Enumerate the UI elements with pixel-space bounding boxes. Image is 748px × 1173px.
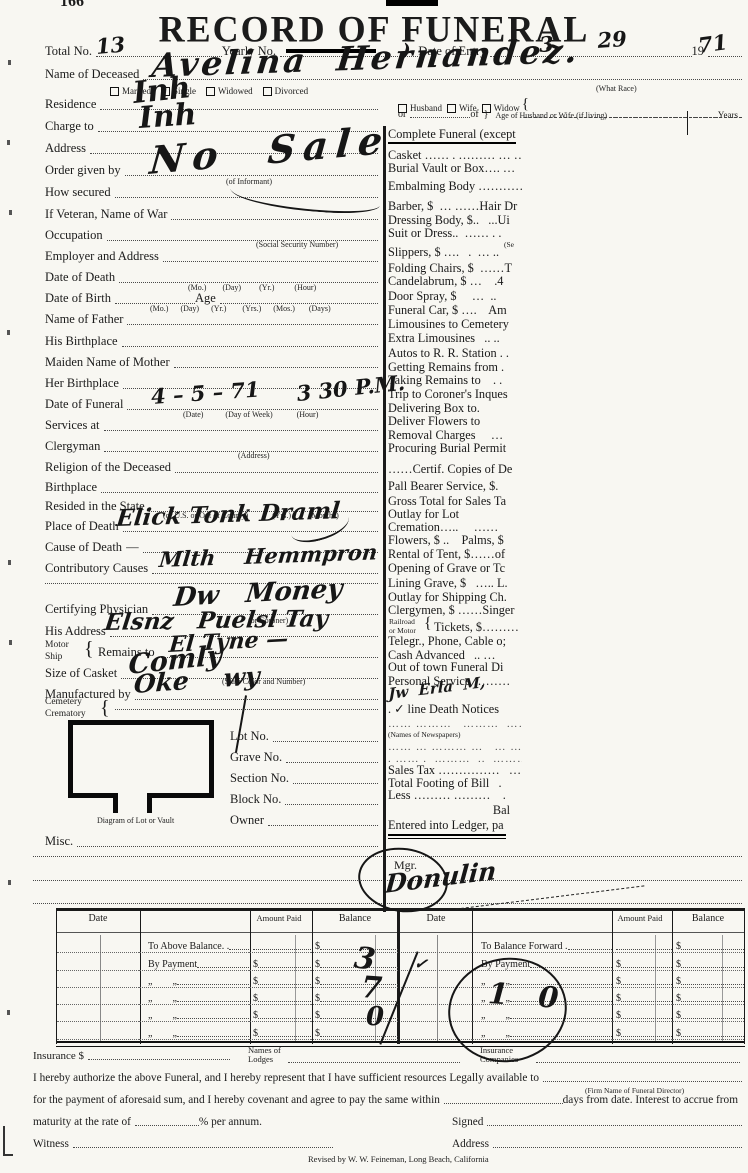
scan-artifact [7,330,10,335]
scan-artifact [9,640,12,645]
dotted-line [487,1125,742,1126]
lot-diagram-bottom-left [68,793,118,798]
ledger-amount-cell: $ [612,959,672,971]
ledger-date-header: Date [56,913,140,924]
dotted-line [101,492,378,493]
crematory-label: Crematory [45,709,86,719]
dotted-line [104,430,379,431]
ledger-row: „ „ $ $ [57,1005,398,1022]
ledger-vline [744,908,745,1044]
charge-item: Deliver Flowers to [388,415,480,428]
what-race-sublabel: (What Race) [596,84,637,93]
dotted-line [320,1018,398,1019]
dotted-line [536,1062,740,1063]
dotted-line [285,804,378,805]
dotted-line [177,1018,249,1019]
checkbox-married [110,87,119,96]
authorization-text: % per annum. [199,1116,266,1128]
dotted-line [258,1036,311,1037]
dotted-line [444,1103,563,1104]
total-no-label: Total No. [45,44,96,59]
ledger-amount-cell [612,949,672,953]
scan-artifact [8,560,11,565]
date-of-death-label: Date of Death [45,270,119,285]
his-address-label: His Address [45,624,110,639]
ledger-amount-cell: $ [249,1028,311,1040]
scan-rule [524,117,742,118]
ledger-balance-cell: $ [672,976,744,988]
ledger-row: „ „ $ $ [401,971,744,988]
clergyman-label: Clergyman [45,439,104,454]
charge-item: Embalming Body ………….. [388,180,522,193]
charge-item: ……Certif. Copies of De [388,463,512,476]
dotted-line [293,783,378,784]
charge-item: Funeral Car, $ …. Am [388,304,507,317]
cause-dash: — [126,540,143,555]
ledger-row: To Balance Forward . $ [401,936,744,953]
place-of-death-label: Place of Death [45,519,123,534]
lot-diagram-stub [113,793,118,813]
lot-no-row: Lot No. [230,729,378,744]
dotted-line [681,967,744,968]
authorization-text: maturity at the rate of [33,1116,135,1128]
dotted-line [621,1036,672,1037]
ledger-date-cell [57,1039,139,1040]
scan-artifact [8,880,11,885]
dotted-line [175,472,378,473]
dotted-line [681,984,744,985]
veteran-label: If Veteran, Name of War [45,207,171,222]
ledger-date-cell [401,970,472,971]
brace-glyph: { [100,697,110,720]
ledger-desc-cell: „ „ [139,993,249,1005]
ledger-date-cell [57,987,139,988]
scan-artifact-bracket [3,1126,5,1156]
ledger-balance-header: Balance [672,913,744,924]
scan-artifact [9,210,12,215]
ledger-amount-cell: $ [249,959,311,971]
dotted-line [543,1081,742,1082]
ledger-balance-cell: $ [672,959,744,971]
dotted-line [258,967,311,968]
lodges-label: Lodges [248,1054,273,1064]
dotted-line [681,1036,744,1037]
charge-item: Barber, $ … ……Hair Dr [388,200,517,213]
dotted-line [320,1001,398,1002]
his-birthplace-label: His Birthplace [45,334,122,349]
maiden-name-label: Maiden Name of Mother [45,355,174,370]
authorization-text: I hereby authorize the above Funeral, an… [33,1072,543,1084]
ledger-amount-cell [249,949,311,953]
birthplace-label: Birthplace [45,480,101,495]
lot-diagram-label: Diagram of Lot or Vault [97,816,174,825]
dotted-line [286,762,378,763]
dotted-line [177,1036,249,1037]
ledger-balance-cell: $ [311,993,398,1005]
ledger-balance-cell: $ [311,976,398,988]
signed-label: Signed [452,1116,487,1128]
ledger-amount-cell: $ [249,976,311,988]
order-given-by-label: Order given by [45,163,125,178]
scan-artifact [7,140,10,145]
authorization-text: for the payment of aforesaid sum, and I … [33,1094,444,1106]
clergyman-row: Clergyman [45,439,378,454]
ledger-balance-cell: $ [672,1028,744,1040]
handwritten-total-no: 13 [95,32,126,59]
insurance-label: Insurance $ [33,1050,88,1062]
how-secured-label: How secured [45,185,115,200]
ledger-date-cell [57,952,139,953]
dotted-line [127,324,378,325]
charge-item: Slippers, $ …. . … .. [388,246,499,259]
name-of-deceased-label: Name of Deceased [45,67,143,82]
revised-by-note: Revised by W. W. Feineman, Long Beach, C… [308,1154,489,1164]
railroad-label: Railroad [389,617,415,626]
insurance-row: Insurance $ [33,1050,230,1062]
date-of-funeral-label: Date of Funeral [45,397,127,412]
ledger-desc-cell: „ „ [139,1028,249,1040]
charge-item: Clergymen, $ ……Singer [388,604,515,617]
ledger-row: „ „ $ $ [57,988,398,1005]
size-of-casket-label: Size of Casket [45,666,121,681]
witness-row: Witness [33,1138,333,1150]
brace-glyph: { [424,615,432,633]
checkbox-divorced [263,87,272,96]
dotted-line [135,1125,199,1126]
ledger-row: By Payment $ $ [57,953,398,970]
scan-artifact [8,60,11,65]
charge-item: Complete Funeral (except [388,128,516,144]
ledger-date-header: Date [400,913,472,924]
dotted-line [320,1036,398,1037]
dotted-line [288,1062,460,1063]
ledger-date-cell [57,1004,139,1005]
lot-diagram-top [68,720,214,725]
cemetery-line [115,709,378,712]
handwritten-scrawl: 7 [360,970,383,1006]
services-at-label: Services at [45,418,104,433]
dotted-line [229,949,249,950]
address-label: Address [45,141,90,156]
charge-item: Lining Grave, $ ….. L. [388,577,508,590]
ledger-balance-cell: $ [672,941,744,953]
motor-label: Motor [45,640,69,650]
charge-to-label: Charge to [45,119,98,134]
charge-item: Flowers, $ .. Palms, $ [388,534,504,547]
charge-item: Burial Vault or Box…. … [388,162,515,175]
ledger-amount-cell: $ [612,993,672,1005]
dotted-line [177,984,249,985]
charge-item: Door Spray, $ … .. [388,290,497,303]
authorization-line-2: for the payment of aforesaid sum, and I … [33,1094,742,1106]
charge-item: Out of town Funeral Di [388,661,503,674]
handwritten-check: ✓ [413,953,429,974]
charge-item: Rental of Tent, $……of [388,548,505,561]
charge-item: Telegr., Phone, Cable o; [388,635,506,648]
charge-item: Opening of Grave or Tc [388,562,505,575]
ledger-amount-cell: $ [249,1010,311,1022]
years-label: Years [718,110,742,120]
birthplace-row: Birthplace [45,480,378,495]
ledger-amount-cell: $ [612,976,672,988]
dotted-line [177,1001,249,1002]
charge-item: Procuring Burial Permit [388,442,506,455]
ledger-amount-header: Amount Paid [246,913,312,923]
funeral-record-page: 166 RECORD OF FUNERAL Total No. Yearly N… [0,0,748,1173]
charge-item [388,834,506,839]
ledger-amount-cell: $ [249,993,311,1005]
charge-item: Less ……… ……… . [388,789,506,802]
block-no-row: Block No. [230,792,378,807]
charge-item: Pall Bearer Service, $. [388,480,498,493]
ledger-desc-cell: To Balance Forward . [472,941,612,953]
authorization-line-3: maturity at the rate of % per annum. [33,1116,313,1128]
ledger-desc-cell: „ „ [139,1010,249,1022]
grave-no-row: Grave No. [230,750,378,765]
dotted-line [174,367,378,368]
father-row: Name of Father [45,312,378,327]
owner-label: Owner [230,813,268,828]
dotted-line [616,949,672,950]
lot-diagram-stub [147,793,152,813]
dotted-line [197,967,249,968]
dotted-line [73,1147,333,1148]
lot-diagram-bottom-right [152,793,214,798]
ledger-balance-cell: $ [672,1010,744,1022]
father-label: Name of Father [45,312,127,327]
charge-item: Bal [493,804,510,817]
charge-item: (Names of Newspapers) [388,728,460,741]
ledger-balance-cell: $ [311,1010,398,1022]
scan-artifact-bracket [3,1154,13,1156]
owner-row: Owner [230,813,378,828]
clergy-address-sublabel: (Address) [238,451,270,460]
address-row-footer: Address [452,1138,742,1150]
social-security-sublabel: (Social Security Number) [256,240,338,249]
charge-item: (Se [504,238,514,251]
services-at-row: Services at [45,418,378,433]
lot-diagram-right [209,720,214,798]
residence-row: Residence [45,97,378,112]
ledger-date-cell [401,952,472,953]
section-no-row: Section No. [230,771,378,786]
dotted-line [273,741,378,742]
charge-item: Autos to R. R. Station . . [388,347,509,360]
dotted-line [493,1147,742,1148]
religion-label: Religion of the Deceased [45,460,175,475]
ledger-desc-cell: To Above Balance. . [139,941,249,953]
misc-label: Misc. [45,834,77,849]
charge-item: Limousines to Cemetery [388,318,509,331]
ledger-bottom-border [56,1041,745,1047]
dotted-line [568,949,613,950]
dotted-line [258,1018,311,1019]
ledger-date-cell [57,1021,139,1022]
dotted-line [258,984,311,985]
cause-of-death-label: Cause of Death [45,540,126,555]
handwritten-circled-amount: 1 0 [487,976,570,1016]
cemetery-label: Cemetery [45,697,82,707]
handwritten-scrawl: 0 [366,1002,384,1032]
checkbox-widowed [206,87,215,96]
ledger-balance-header: Balance [312,913,398,924]
ledger-desc-cell: „ „ [139,976,249,988]
ledger-row: „ „ $ $ [57,1022,398,1039]
ledger-header-rule [56,932,745,933]
dotted-line [122,346,378,347]
maiden-name-row: Maiden Name of Mother [45,355,378,370]
ledger-left-rows: To Above Balance. . $ By Payment $ $ „ „… [57,936,398,1040]
ledger-amount-header: Amount Paid [608,913,672,923]
charge-item: Extra Limousines .. .. [388,332,500,345]
dotted-line [258,1001,311,1002]
scan-artifact [7,1010,10,1015]
widowed-label: Widowed [218,86,263,96]
dotted-line [681,1018,744,1019]
dotted-line [135,699,378,700]
brace-glyph: { [84,638,94,661]
employer-row: Employer and Address [45,249,378,264]
dotted-line [681,949,744,950]
address-label-footer: Address [452,1138,493,1150]
scan-rule [687,111,688,135]
her-birthplace-label: Her Birthplace [45,376,123,391]
contributory-label: Contributory Causes [45,561,152,576]
witness-label: Witness [33,1138,73,1150]
dotted-line [88,1059,230,1060]
signed-row: Signed [452,1116,742,1128]
ledger-row: By Payment $ $ [401,953,744,970]
dotted-line [621,1001,672,1002]
dotted-line [621,1018,672,1019]
grave-no-label: Grave No. [230,750,286,765]
lot-diagram-left [68,720,73,798]
dotted-line [171,219,378,220]
ledger-balance-cell: $ [672,993,744,1005]
misc-row: Misc. [45,834,378,849]
dotted-line [621,967,672,968]
charge-item: Candelabrum, $ … .4 [388,275,503,288]
occupation-label: Occupation [45,228,107,243]
employer-label: Employer and Address [45,249,163,264]
ledger-row: To Above Balance. . $ [57,936,398,953]
ledger-amount-cell: $ [612,1010,672,1022]
handwritten-charge-to: Inh [138,97,198,136]
ledger-desc-cell: By Payment [139,959,249,971]
authorization-line-1: I hereby authorize the above Funeral, an… [33,1072,742,1084]
religion-row: Religion of the Deceased [45,460,378,475]
residence-label: Residence [45,97,100,112]
authorization-text: days from date. Interest to accrue from [563,1094,742,1106]
divorced-label: Divorced [275,86,319,96]
ledger-date-cell [57,970,139,971]
dotted-line [268,825,378,826]
section-no-label: Section No. [230,771,293,786]
dotted-line [115,709,378,710]
dotted-line [253,949,311,950]
date-of-birth-label: Date of Birth [45,291,115,306]
handwriting-flourish [235,695,247,752]
dotted-line [621,984,672,985]
ledger-row: „ „ $ $ [57,971,398,988]
charge-item: Entered into Ledger, pa [388,819,504,832]
tickets-label: Tickets, $……… [434,620,519,635]
ship-label: Ship [45,652,62,662]
block-no-label: Block No. [230,792,285,807]
or-motor-label: or Motor [389,626,416,635]
dotted-line [681,1001,744,1002]
charge-item: . ✓ line Death Notices [388,703,499,716]
handwritten-entry-year: 71 [697,29,729,58]
dotted-line [163,261,378,262]
dotted-line [77,846,378,847]
his-birthplace-row: His Birthplace [45,334,378,349]
ledger-amount-cell: $ [612,1028,672,1040]
dotted-line [320,984,398,985]
charge-item: Suit or Dress.. …… . . [388,227,501,240]
charges-column: Complete Funeral (exceptCasket …… . ……… … [386,0,522,852]
